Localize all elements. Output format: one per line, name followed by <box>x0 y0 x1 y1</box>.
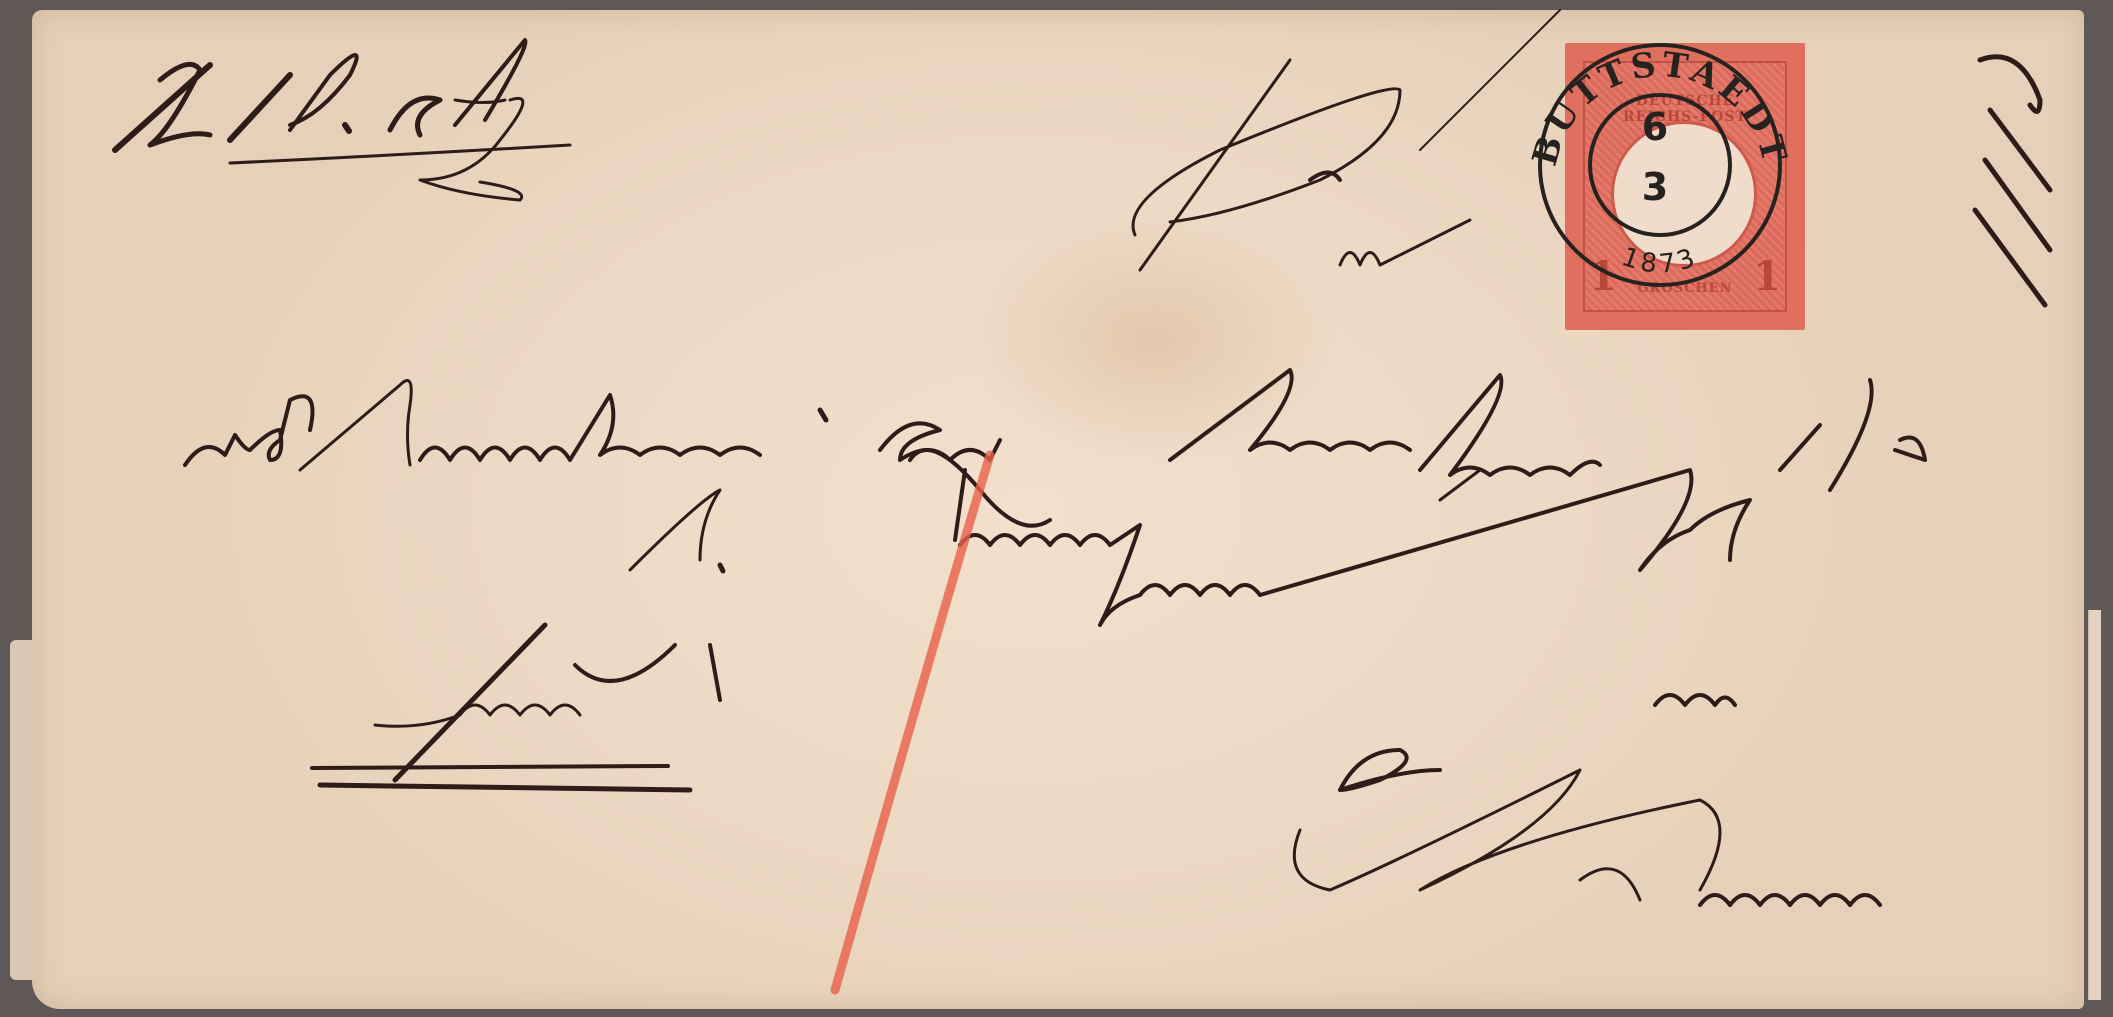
svg-text:1873: 1873 <box>1618 242 1703 280</box>
postmark-day: 6 <box>1635 105 1675 149</box>
postmark-year: 1873 <box>1618 242 1703 280</box>
postmark-month: 3 <box>1635 165 1675 209</box>
postmark-cancel: BUTTSTAEDT 1873 6 3 <box>1515 25 1805 315</box>
